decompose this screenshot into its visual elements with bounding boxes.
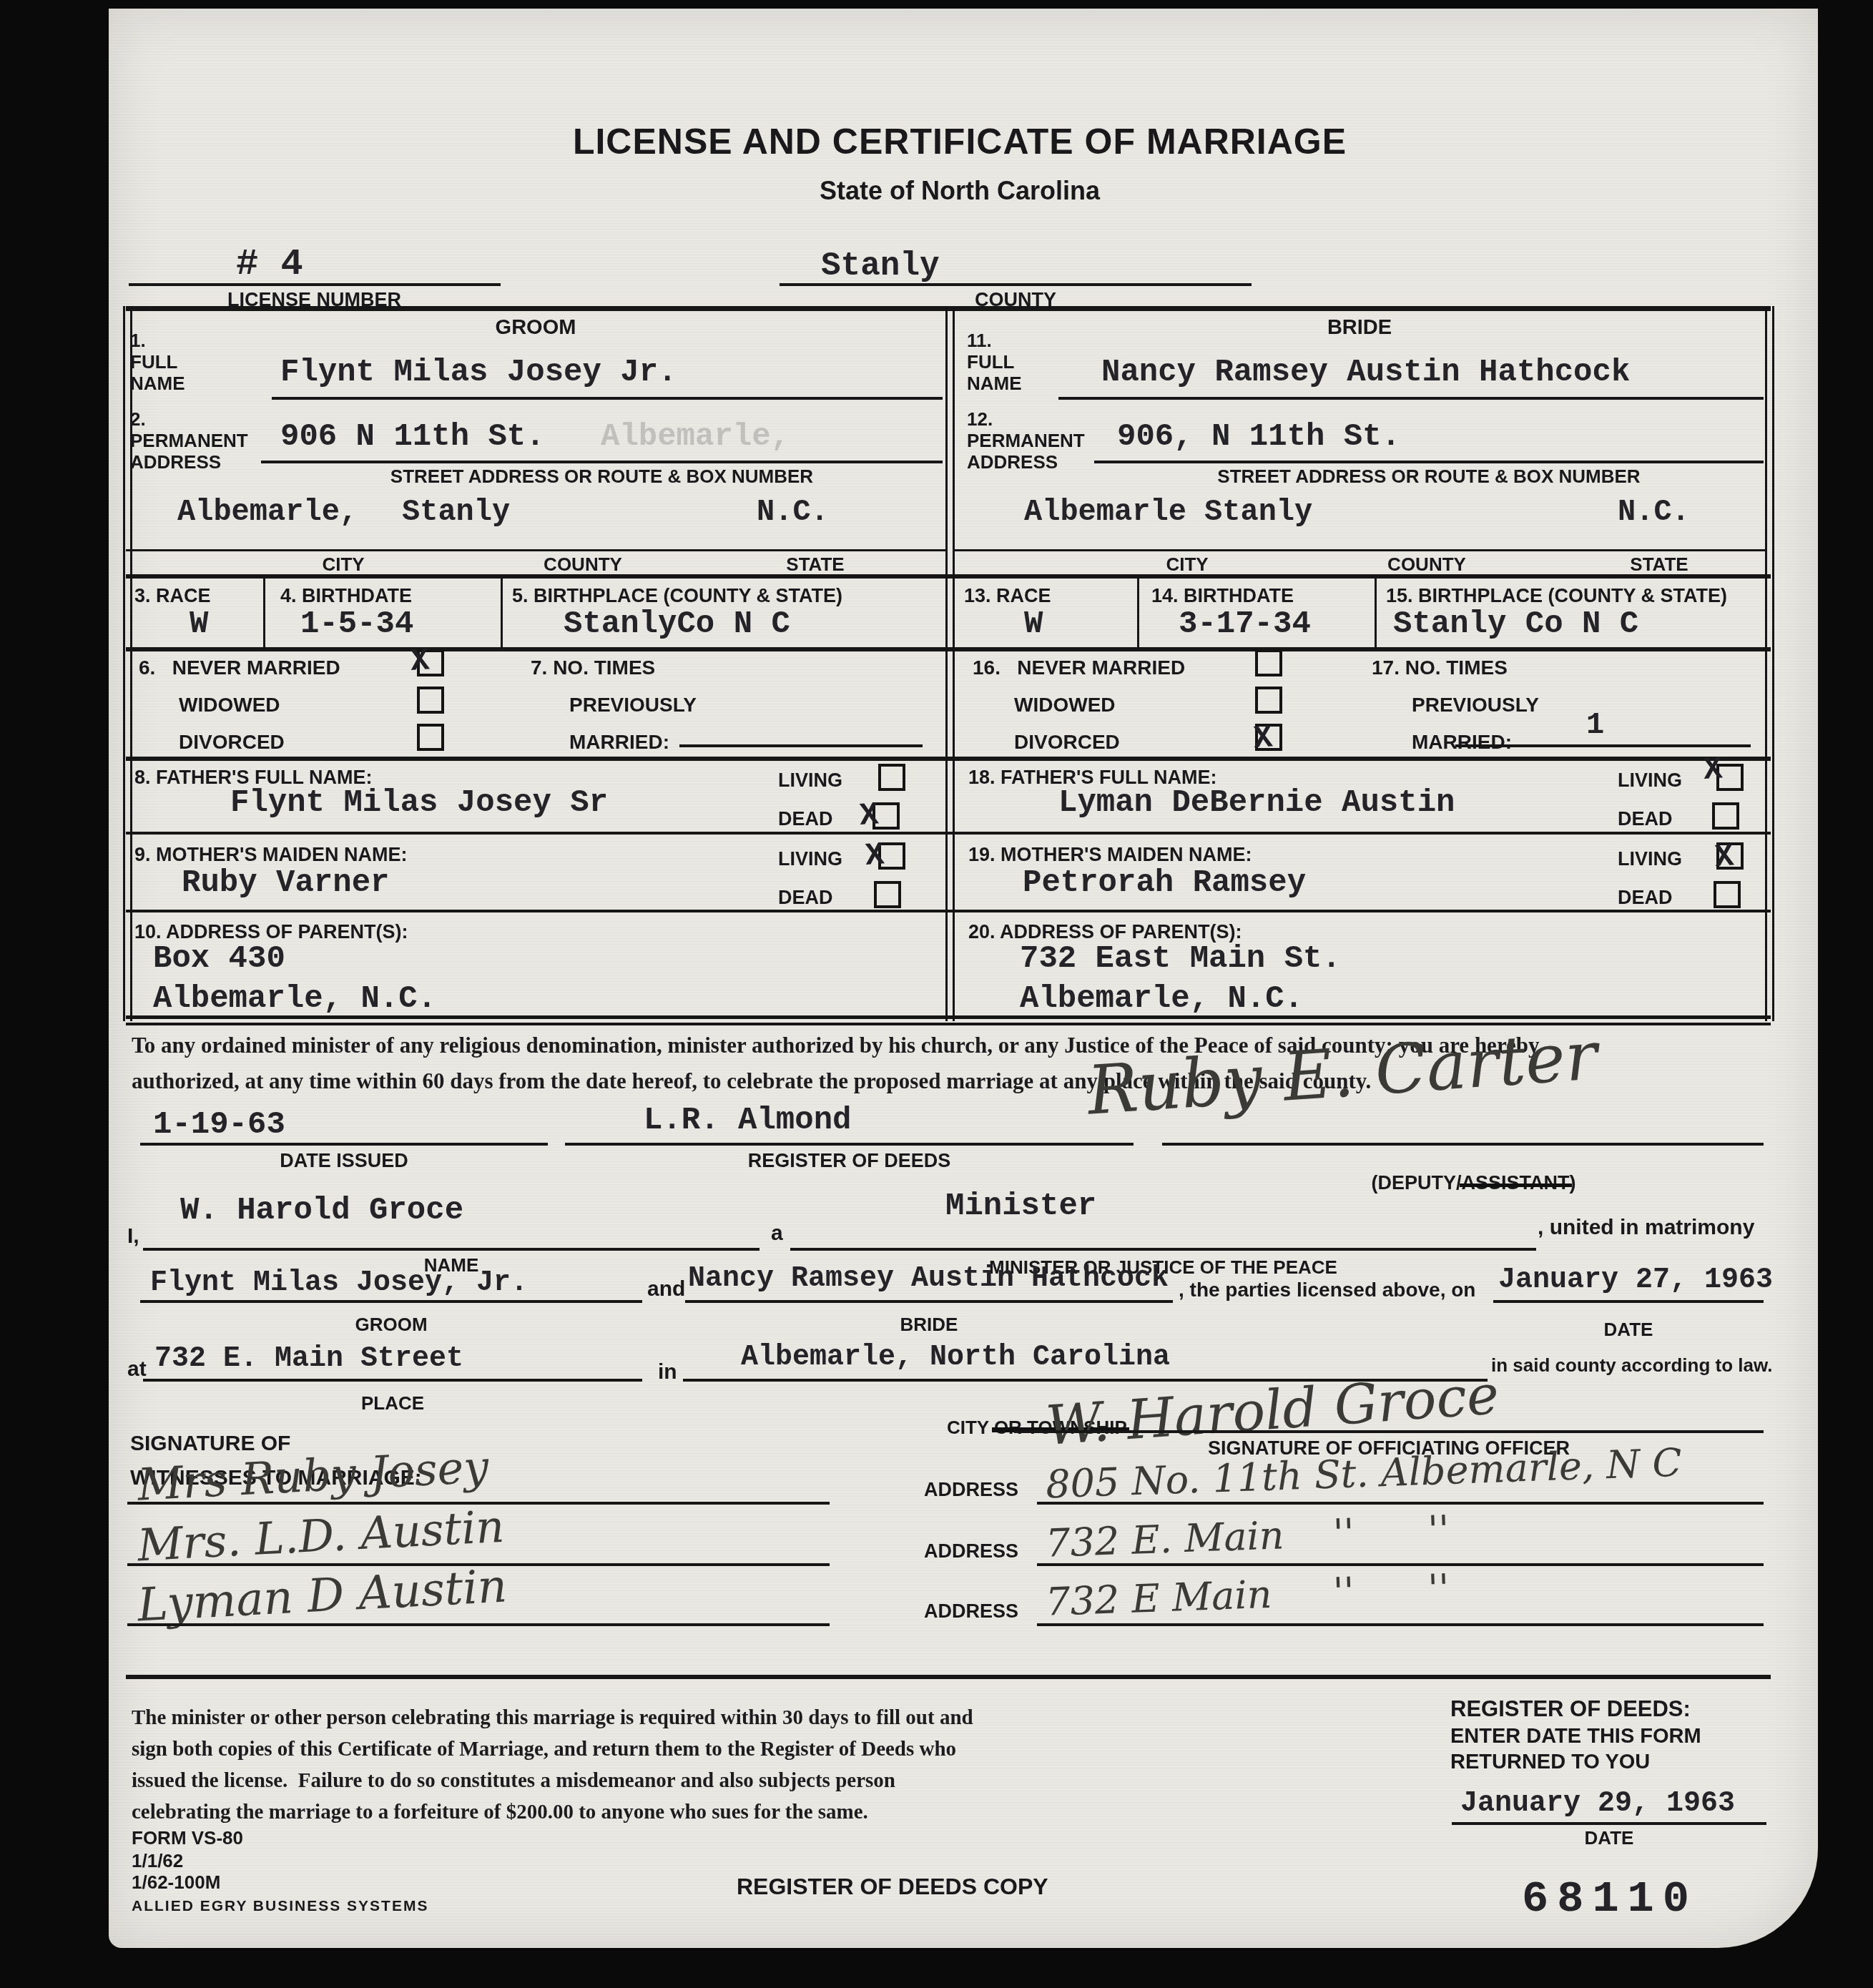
register-of-deeds-value: L.R. Almond — [644, 1103, 851, 1139]
serial-number: 68110 — [1522, 1874, 1698, 1924]
groom-father-living-checkbox — [878, 764, 905, 791]
table-border-right — [1765, 306, 1774, 1021]
bride-birthplace-value: Stanly Co N C — [1393, 606, 1638, 643]
groom-address-label: 2. PERMANENT ADDRESS — [130, 409, 248, 473]
officiating-line — [1014, 1430, 1764, 1433]
groom-birthdate-value: 1-5-34 — [300, 606, 413, 643]
groom-parents-address-1: Box 430 — [153, 941, 285, 978]
bride-father-value: Lyman DeBernie Austin — [1058, 785, 1455, 822]
groom-caption: GROOM — [126, 316, 945, 340]
bride-times-line — [1455, 744, 1751, 747]
cert-place-sublabel: PLACE — [143, 1393, 642, 1414]
bride-race-value: W — [1024, 606, 1043, 643]
cert-name-line — [143, 1248, 759, 1251]
groom-state-label: STATE — [744, 554, 887, 576]
groom-race-label: 3. RACE — [134, 585, 211, 607]
cert-groom-line — [140, 1300, 642, 1303]
witness-2-address-label: ADDRESS — [924, 1540, 1018, 1563]
groom-parents-address-2: Albemarle, N.C. — [153, 981, 436, 1018]
form-number: FORM VS-80 — [132, 1828, 243, 1849]
cert-city-sublabel-text: CITY — [947, 1417, 994, 1438]
cert-groom-name: Flynt Milas Josey, Jr. — [150, 1267, 528, 1300]
groom-divorced-label: DIVORCED — [179, 731, 285, 754]
groom-parents-label: 10. ADDRESS OF PARENT(S): — [134, 921, 408, 943]
bride-county-label: COUNTY — [1344, 554, 1509, 576]
bride-caption: BRIDE — [953, 316, 1766, 340]
cert-in-label: in — [658, 1360, 677, 1385]
groom-mother-value: Ruby Varner — [182, 865, 389, 902]
bride-parents-label: 20. ADDRESS OF PARENT(S): — [968, 921, 1242, 943]
groom-city-value: Albemarle, — [177, 495, 358, 529]
groom-father-dead-mark: X — [858, 797, 880, 835]
rule-bottom-section — [126, 1675, 1771, 1679]
groom-birthplace-label: 5. BIRTHPLACE (COUNTY & STATE) — [512, 585, 842, 607]
footer-notice-line-4: celebrating the marriage to a forfeiture… — [132, 1801, 868, 1824]
bride-mother-living-label: LIVING — [1618, 848, 1682, 870]
groom-mother-dead-checkbox — [874, 881, 901, 908]
bride-city-county-value: Albemarle Stanly — [1024, 495, 1312, 529]
rod-return-date-value: January 29, 1963 — [1460, 1788, 1735, 1821]
bride-address-label: 12. PERMANENT ADDRESS — [967, 409, 1085, 473]
groom-address-value: 906 N 11th St. — [280, 419, 545, 456]
page-subtitle: State of North Carolina — [109, 176, 1811, 205]
bride-mother-label: 19. MOTHER'S MAIDEN NAME: — [968, 844, 1252, 866]
bride-city-rule — [953, 549, 1766, 551]
bride-birthplace-label: 15. BIRTHPLACE (COUNTY & STATE) — [1386, 585, 1727, 607]
cert-officiant-title: Minister — [945, 1189, 1096, 1225]
groom-address-line — [261, 461, 943, 463]
bride-race-label: 13. RACE — [964, 585, 1051, 607]
cert-officiant-name: W. Harold Groce — [180, 1193, 463, 1229]
groom-fullname-line — [272, 397, 943, 400]
groom-county-value: Stanly — [402, 495, 510, 529]
bride-street-sublabel: STREET ADDRESS OR ROUTE & BOX NUMBER — [1094, 466, 1764, 488]
groom-county-label: COUNTY — [501, 554, 665, 576]
cert-bride-line — [685, 1300, 1173, 1303]
bride-father-living-label: LIVING — [1618, 769, 1682, 792]
deputy-label-prefix: (DEPUTY/ — [1371, 1172, 1461, 1194]
bride-parents-address-2: Albemarle, N.C. — [1020, 981, 1303, 1018]
bride-times-label-2: PREVIOUSLY — [1412, 694, 1539, 717]
groom-birthplace-value: StanlyCo N C — [564, 606, 790, 643]
footer-notice-line-1: The minister or other person celebrating… — [132, 1706, 973, 1730]
groom-mother-dead-label: DEAD — [778, 887, 833, 909]
rod-return-date-label: DATE — [1452, 1828, 1766, 1849]
bride-times-value: 1 — [1586, 708, 1604, 742]
cert-bride-name: Nancy Ramsey Austin Hathcock — [688, 1263, 1169, 1296]
groom-father-value: Flynt Milas Josey Sr — [230, 785, 608, 822]
rod-box-line-1: REGISTER OF DEEDS: — [1450, 1696, 1691, 1722]
groom-father-living-label: LIVING — [778, 769, 842, 792]
bride-mother-dead-checkbox — [1714, 881, 1741, 908]
groom-times-label-1: 7. NO. TIMES — [531, 656, 655, 679]
cert-city-value: Albemarle, North Carolina — [741, 1342, 1170, 1374]
form-print-run: 1/62-100M — [132, 1872, 220, 1894]
bride-fullname-label: 11. FULL NAME — [967, 330, 1022, 395]
cert-date-value: January 27, 1963 — [1498, 1264, 1773, 1297]
cert-i-label: I, — [127, 1224, 139, 1249]
groom-race-divider-2 — [501, 579, 503, 647]
bride-divorced-label: DIVORCED — [1014, 731, 1120, 754]
bride-address-value: 906, N 11th St. — [1117, 419, 1400, 456]
register-of-deeds-label: REGISTER OF DEEDS — [565, 1150, 1134, 1172]
groom-city-rule — [126, 549, 945, 551]
groom-father-dead-label: DEAD — [778, 808, 833, 830]
rod-box-line-2: ENTER DATE THIS FORM — [1450, 1725, 1701, 1748]
date-issued-value: 1-19-63 — [153, 1107, 285, 1143]
page-title: LICENSE AND CERTIFICATE OF MARRIAGE — [109, 122, 1811, 163]
bride-times-label-3: MARRIED: — [1412, 731, 1512, 754]
groom-state-value: N.C. — [757, 495, 829, 529]
groom-bride-divider — [945, 306, 955, 1021]
groom-widowed-checkbox — [417, 687, 444, 714]
deputy-line — [1162, 1143, 1764, 1146]
license-number-value: # 4 — [236, 243, 303, 286]
cert-parties-label: , the parties licensed above, on — [1179, 1279, 1475, 1301]
bride-father-dead-checkbox — [1712, 802, 1739, 830]
bride-mother-value: Petrorah Ramsey — [1023, 865, 1306, 902]
printer-imprint: ALLIED EGRY BUSINESS SYSTEMS — [132, 1898, 428, 1915]
date-issued-label: DATE ISSUED — [140, 1150, 548, 1172]
bride-widowed-label: WIDOWED — [1014, 694, 1116, 717]
cert-and-label: and — [647, 1277, 685, 1302]
cert-place-line — [143, 1379, 642, 1382]
deputy-label: (DEPUTY/ASSISTANT) — [1162, 1150, 1764, 1216]
cert-bride-sublabel: BRIDE — [685, 1314, 1173, 1336]
bride-father-dead-label: DEAD — [1618, 808, 1673, 830]
groom-fullname-label: 1. FULL NAME — [130, 330, 185, 395]
bride-race-divider-2 — [1375, 579, 1377, 647]
county-value: Stanly — [821, 247, 940, 285]
county-line — [780, 283, 1252, 286]
footer-notice-line-2: sign both copies of this Certificate of … — [132, 1738, 956, 1761]
footer-notice-line-3: issued the license. Failure to do so con… — [132, 1769, 895, 1793]
bride-never-married-label: 16. NEVER MARRIED — [973, 656, 1185, 679]
groom-race-value: W — [190, 606, 208, 643]
witness-3-line — [127, 1623, 830, 1626]
groom-mother-label: 9. MOTHER'S MAIDEN NAME: — [134, 844, 407, 866]
license-number-line — [129, 283, 501, 286]
rod-box-line-3: RETURNED TO YOU — [1450, 1751, 1650, 1774]
bride-fullname-line — [1058, 397, 1764, 400]
cert-law-label: in said county according to law. — [1491, 1355, 1772, 1377]
scanned-marriage-certificate: LICENSE AND CERTIFICATE OF MARRIAGE Stat… — [0, 0, 1873, 1988]
bride-city-label: CITY — [1116, 554, 1259, 576]
witness-1-address-label: ADDRESS — [924, 1479, 1018, 1501]
bride-mother-living-mark: X — [1714, 839, 1735, 876]
register-of-deeds-line — [565, 1143, 1134, 1146]
groom-city-label: CITY — [272, 554, 415, 576]
groom-never-married-mark: X — [409, 643, 431, 680]
bride-times-label-1: 17. NO. TIMES — [1372, 656, 1508, 679]
bride-race-divider-1 — [1137, 579, 1139, 647]
groom-times-line — [679, 744, 923, 747]
witness-2-address-line — [1037, 1563, 1764, 1566]
bride-parents-address-1: 732 East Main St. — [1020, 941, 1341, 978]
cert-a-label: a — [771, 1221, 783, 1246]
cert-date-line — [1493, 1300, 1764, 1303]
groom-birthdate-label: 4. BIRTHDATE — [280, 585, 412, 607]
cert-place-value: 732 E. Main Street — [154, 1343, 463, 1376]
groom-street-sublabel: STREET ADDRESS OR ROUTE & BOX NUMBER — [261, 466, 943, 488]
groom-times-label-2: PREVIOUSLY — [569, 694, 697, 717]
witness-3-address-line — [1037, 1623, 1764, 1626]
witness-3-address-label: ADDRESS — [924, 1600, 1018, 1623]
form-revision-date: 1/1/62 — [132, 1851, 183, 1872]
cert-united-label: , united in matrimony — [1538, 1216, 1754, 1241]
groom-widowed-label: WIDOWED — [179, 694, 280, 717]
bride-never-married-checkbox — [1255, 649, 1282, 676]
groom-mother-living-mark: X — [864, 837, 885, 875]
groom-never-married-label: 6. NEVER MARRIED — [139, 656, 340, 679]
bride-address-line — [1094, 461, 1764, 463]
rod-return-date-line — [1452, 1822, 1766, 1825]
cert-date-sublabel: DATE — [1493, 1319, 1764, 1341]
bride-divorced-mark: X — [1252, 720, 1274, 757]
bride-father-living-mark: X — [1702, 752, 1724, 789]
cert-title-line — [790, 1248, 1536, 1251]
bride-fullname-value: Nancy Ramsey Austin Hathcock — [1101, 355, 1630, 391]
bride-birthdate-label: 14. BIRTHDATE — [1151, 585, 1294, 607]
bride-mother-dead-label: DEAD — [1618, 887, 1673, 909]
cert-groom-sublabel: GROOM — [140, 1314, 642, 1336]
copy-type-label: REGISTER OF DEEDS COPY — [737, 1874, 1048, 1900]
groom-race-divider-1 — [263, 579, 265, 647]
date-issued-line — [140, 1143, 548, 1146]
bride-state-value: N.C. — [1618, 495, 1690, 529]
groom-mother-living-label: LIVING — [778, 848, 842, 870]
groom-divorced-checkbox — [417, 724, 444, 751]
witness-1-address-line — [1037, 1502, 1764, 1505]
groom-times-label-3: MARRIED: — [569, 731, 669, 754]
bride-birthdate-value: 3-17-34 — [1179, 606, 1311, 643]
bride-state-label: STATE — [1588, 554, 1731, 576]
groom-address-erased-text: Albemarle, — [601, 419, 790, 456]
bride-widowed-checkbox — [1255, 687, 1282, 714]
deputy-label-struck: ASSISTANT — [1462, 1172, 1570, 1194]
groom-fullname-value: Flynt Milas Josey Jr. — [280, 355, 677, 391]
